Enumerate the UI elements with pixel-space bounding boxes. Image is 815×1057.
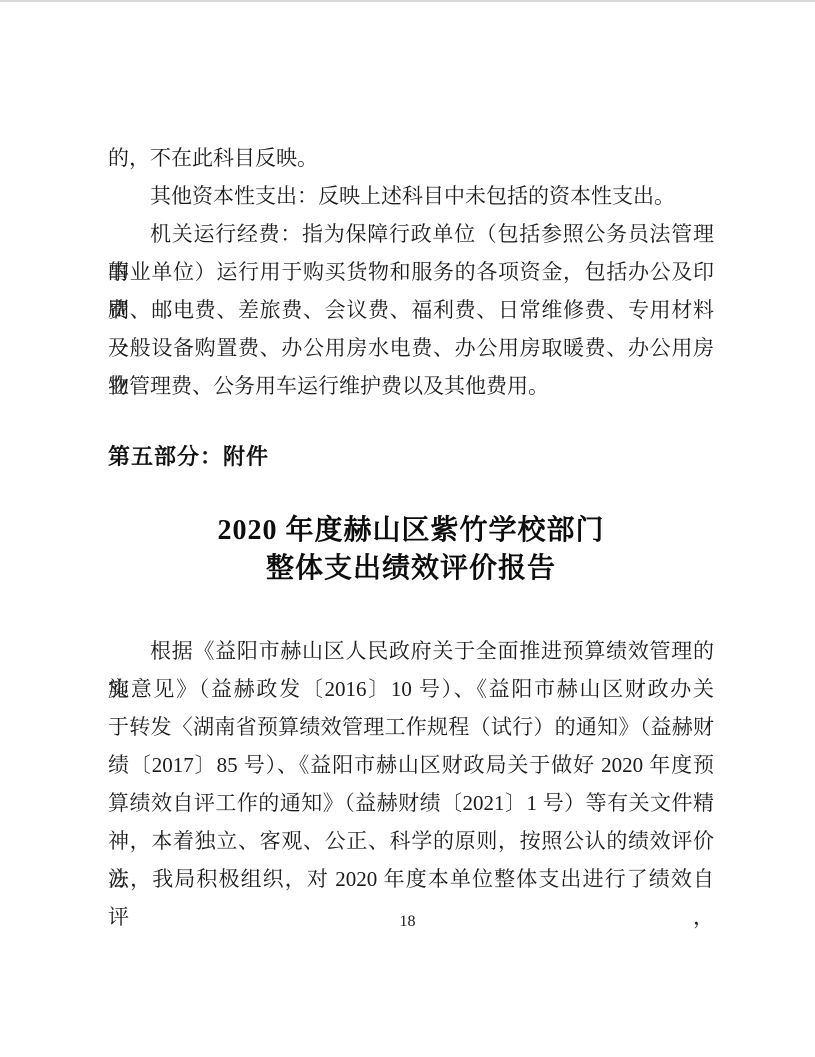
paragraph-line: 算绩效自评工作的通知》（益赫财绩〔2021〕1 号）等有关文件精 (108, 784, 714, 822)
document-page: 的，不在此科目反映。 其他资本性支出：反映上述科目中未包括的资本性支出。 机关运… (0, 0, 815, 1057)
paragraph-line: 其他资本性支出：反映上述科目中未包括的资本性支出。 (108, 177, 714, 215)
paragraph-line: 法，我局积极组织，对 2020 年度本单位整体支出进行了绩效自评， (108, 860, 714, 898)
paragraph-line: 事业单位）运行用于购买货物和服务的各项资金，包括办公及印刷 (108, 253, 714, 291)
paragraph-agency-operation: 机关运行经费：指为保障行政单位（包括参照公务员法管理的 事业单位）运行用于购买货… (108, 215, 714, 405)
paragraph-line: 神，本着独立、客观、公正、科学的原则，按照公认的绩效评价方 (108, 822, 714, 860)
paragraph-line: 机关运行经费：指为保障行政单位（包括参照公务员法管理的 (108, 215, 714, 253)
paragraph-line: 业管理费、公务用车运行维护费以及其他费用。 (108, 367, 714, 405)
document-body: 的，不在此科目反映。 其他资本性支出：反映上述科目中未包括的资本性支出。 机关运… (108, 139, 714, 898)
section-heading: 第五部分：附件 (108, 438, 714, 476)
page-number: 18 (0, 912, 815, 932)
paragraph-line: 一般设备购置费、办公用房水电费、办公用房取暖费、办公用房物 (108, 329, 714, 367)
paragraph-line: 施意见》（益赫政发〔2016〕10 号）、《益阳市赫山区财政办关 (108, 670, 714, 708)
report-title-line-2: 整体支出绩效评价报告 (108, 550, 714, 588)
report-title-line-1: 2020 年度赫山区紫竹学校部门 (108, 512, 714, 550)
paragraph-line: 的，不在此科目反映。 (108, 139, 714, 177)
paragraph-line: 根据《益阳市赫山区人民政府关于全面推进预算绩效管理的实 (108, 632, 714, 670)
paragraph-line: 绩〔2017〕85 号）、《益阳市赫山区财政局关于做好 2020 年度预 (108, 746, 714, 784)
paragraph-evaluation-basis: 根据《益阳市赫山区人民政府关于全面推进预算绩效管理的实 施意见》（益赫政发〔20… (108, 632, 714, 898)
paragraph-line: 费、邮电费、差旅费、会议费、福利费、日常维修费、专用材料及 (108, 291, 714, 329)
paragraph-other-capital: 其他资本性支出：反映上述科目中未包括的资本性支出。 (108, 177, 714, 215)
report-title: 2020 年度赫山区紫竹学校部门 整体支出绩效评价报告 (108, 512, 714, 588)
paragraph-capital-end: 的，不在此科目反映。 (108, 139, 714, 177)
paragraph-line: 于转发〈湖南省预算绩效管理工作规程（试行）的通知》（益赫财 (108, 708, 714, 746)
